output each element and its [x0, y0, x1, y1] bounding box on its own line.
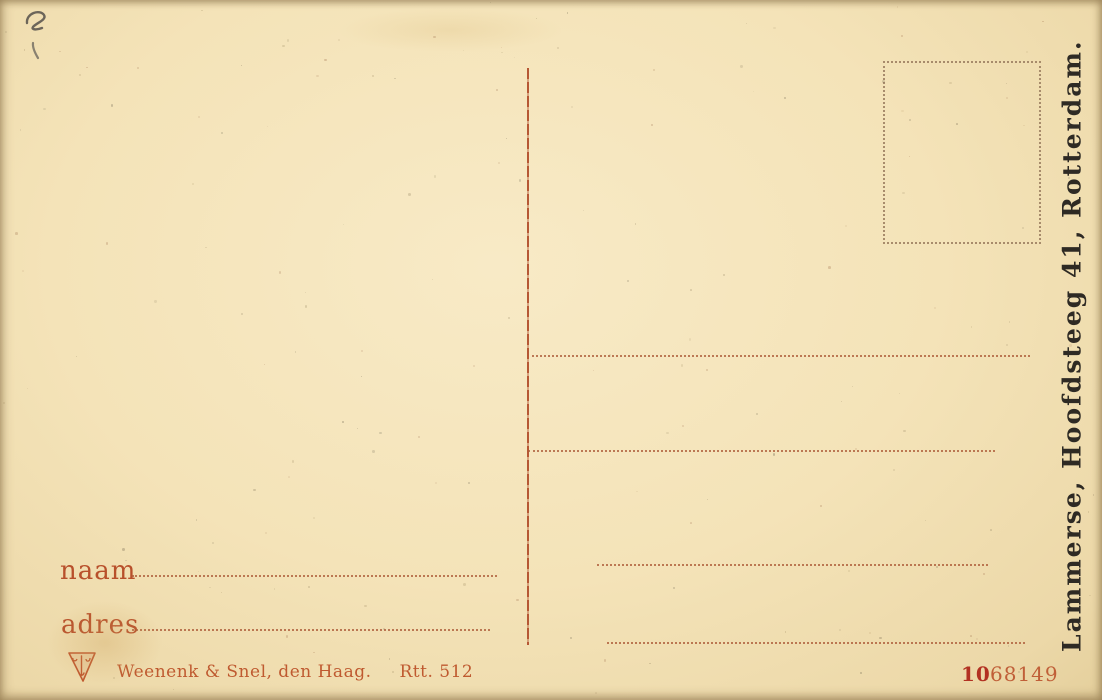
- paper-speck: [649, 663, 651, 665]
- paper-speck: [496, 89, 498, 91]
- paper-speck: [389, 658, 390, 659]
- paper-speck: [570, 637, 572, 639]
- paper-speck: [820, 505, 822, 507]
- paper-speck: [192, 183, 194, 185]
- paper-speck: [76, 356, 77, 357]
- paper-speck: [357, 428, 358, 429]
- paper-speck: [137, 67, 139, 69]
- paper-speck: [316, 75, 318, 77]
- paper-speck: [1026, 51, 1028, 53]
- paper-speck: [1069, 344, 1072, 347]
- paper-speck: [901, 35, 903, 37]
- paper-speck: [86, 67, 87, 68]
- paper-speck: [27, 388, 28, 389]
- name-writing-line: [132, 575, 497, 577]
- paper-speck: [209, 587, 210, 588]
- paper-speck: [305, 292, 306, 293]
- paper-speck: [3, 402, 5, 404]
- paper-speck: [706, 369, 708, 371]
- paper-speck: [253, 489, 255, 491]
- paper-speck: [925, 520, 926, 521]
- paper-speck: [463, 583, 466, 586]
- paper-speck: [106, 242, 108, 244]
- pencil-mark: [20, 6, 52, 62]
- paper-speck: [753, 91, 754, 92]
- paper-stain: [300, 0, 600, 60]
- paper-stain: [25, 585, 185, 700]
- paper-speck: [519, 179, 521, 181]
- paper-speck: [681, 364, 683, 366]
- paper-speck: [593, 370, 594, 371]
- paper-speck: [636, 491, 638, 493]
- series-number: Rtt. 512: [399, 662, 473, 682]
- paper-speck: [1009, 321, 1011, 323]
- card-number-prefix: 10: [961, 662, 991, 686]
- paper-speck: [221, 592, 222, 593]
- address-writing-line-4: [607, 642, 1025, 644]
- paper-speck: [241, 65, 242, 66]
- paper-speck: [897, 6, 898, 7]
- paper-speck: [860, 672, 862, 674]
- paper-speck: [379, 432, 381, 434]
- recipient-imprint: Lammerse, Hoofdsteeg 41, Rotterdam.: [1046, 105, 1098, 587]
- paper-speck: [828, 266, 831, 269]
- paper-speck: [627, 280, 629, 282]
- name-field-label: naam: [60, 558, 136, 584]
- paper-speck: [571, 106, 573, 108]
- paper-speck: [839, 629, 841, 631]
- paper-speck: [125, 560, 127, 562]
- paper-speck: [196, 519, 198, 521]
- paper-speck: [1022, 227, 1024, 229]
- paper-speck: [690, 289, 692, 291]
- paper-speck: [274, 588, 276, 590]
- paper-speck: [1008, 645, 1009, 646]
- paper-speck: [434, 175, 437, 178]
- paper-speck: [342, 421, 344, 423]
- paper-speck: [313, 652, 315, 654]
- paper-speck: [5, 31, 7, 33]
- paper-speck: [666, 432, 668, 434]
- paper-speck: [372, 75, 373, 76]
- paper-speck: [690, 522, 692, 524]
- paper-speck: [279, 271, 282, 274]
- paper-speck: [286, 635, 288, 637]
- paper-speck: [313, 517, 315, 519]
- paper-speck: [971, 326, 973, 328]
- paper-speck: [740, 65, 742, 67]
- paper-speck: [1042, 21, 1044, 23]
- paper-speck: [343, 224, 344, 225]
- paper-speck: [609, 354, 611, 356]
- paper-speck: [198, 571, 199, 572]
- paper-speck: [773, 453, 775, 455]
- paper-speck: [841, 401, 842, 402]
- paper-speck: [901, 110, 903, 112]
- paper-speck: [394, 78, 395, 79]
- paper-speck: [983, 573, 985, 575]
- paper-speck: [723, 274, 725, 276]
- paper-speck: [43, 108, 46, 111]
- paper-speck: [970, 635, 972, 637]
- paper-speck: [1089, 595, 1091, 597]
- paper-speck: [267, 126, 268, 127]
- paper-speck: [292, 460, 295, 463]
- paper-speck: [79, 74, 80, 75]
- paper-speck: [855, 448, 857, 450]
- paper-speck: [909, 119, 911, 121]
- paper-speck: [264, 364, 265, 365]
- paper-speck: [361, 350, 363, 352]
- paper-speck: [173, 689, 174, 690]
- paper-speck: [869, 632, 871, 634]
- paper-speck: [595, 692, 597, 694]
- address-writing-line-1: [532, 355, 1030, 357]
- paper-speck: [154, 300, 156, 302]
- paper-speck: [265, 532, 267, 534]
- paper-speck: [651, 124, 653, 126]
- paper-speck: [746, 23, 747, 24]
- paper-speck: [288, 476, 290, 478]
- paper-speck: [506, 138, 507, 139]
- paper-speck: [1077, 127, 1078, 128]
- paper-speck: [20, 129, 21, 130]
- paper-speck: [635, 223, 636, 224]
- paper-speck: [435, 482, 437, 484]
- paper-speck: [773, 27, 775, 29]
- paper-speck: [604, 659, 606, 661]
- paper-speck: [689, 338, 691, 340]
- paper-speck: [372, 450, 375, 453]
- paper-speck: [287, 39, 289, 41]
- paper-speck: [201, 10, 203, 12]
- paper-speck: [1006, 97, 1008, 99]
- paper-speck: [903, 430, 906, 433]
- paper-speck: [432, 279, 433, 280]
- paper-speck: [59, 51, 61, 53]
- paper-speck: [653, 69, 655, 71]
- divider-line: [527, 68, 529, 645]
- paper-speck: [845, 225, 847, 227]
- paper-speck: [221, 132, 223, 134]
- paper-speck: [324, 59, 327, 62]
- postcard-back: Lammerse, Hoofdsteeg 41, Rotterdam. naam…: [0, 0, 1102, 700]
- paper-speck: [848, 570, 850, 572]
- paper-speck: [784, 97, 786, 99]
- paper-speck: [879, 637, 881, 639]
- paper-speck: [295, 351, 296, 352]
- paper-speck: [15, 232, 18, 235]
- paper-speck: [212, 542, 214, 544]
- paper-speck: [22, 270, 24, 272]
- paper-speck: [899, 393, 900, 394]
- paper-speck: [305, 305, 307, 307]
- paper-speck: [682, 425, 684, 427]
- paper-speck: [976, 638, 978, 640]
- paper-speck: [893, 469, 895, 471]
- paper-speck: [902, 192, 905, 195]
- paper-speck: [122, 548, 125, 551]
- paper-speck: [536, 18, 537, 19]
- paper-speck: [111, 104, 114, 107]
- paper-speck: [516, 599, 518, 601]
- paper-speck: [707, 499, 708, 500]
- paper-speck: [936, 566, 938, 568]
- paper-speck: [282, 45, 285, 48]
- address-writing-line-3: [597, 564, 988, 566]
- paper-speck: [198, 116, 200, 118]
- paper-speck: [338, 39, 340, 41]
- paper-speck: [882, 80, 885, 83]
- paper-speck: [241, 313, 243, 315]
- paper-speck: [205, 247, 206, 248]
- address-writing-line-2: [528, 450, 995, 452]
- paper-speck: [1006, 344, 1008, 346]
- paper-speck: [756, 413, 758, 415]
- paper-speck: [364, 605, 366, 607]
- paper-speck: [468, 482, 470, 484]
- paper-speck: [408, 193, 411, 196]
- paper-speck: [308, 586, 310, 588]
- paper-speck: [361, 376, 362, 377]
- paper-speck: [583, 210, 584, 211]
- paper-speck: [418, 436, 420, 438]
- paper-speck: [934, 307, 936, 309]
- stamp-box: [883, 61, 1041, 244]
- paper-speck: [498, 162, 500, 164]
- paper-speck: [673, 587, 675, 589]
- paper-speck: [473, 365, 475, 367]
- paper-speck: [990, 529, 992, 531]
- paper-speck: [785, 631, 786, 632]
- paper-speck: [852, 386, 853, 387]
- paper-speck: [508, 317, 509, 318]
- address-writing-line: [132, 629, 490, 631]
- card-number: 68149: [990, 662, 1059, 686]
